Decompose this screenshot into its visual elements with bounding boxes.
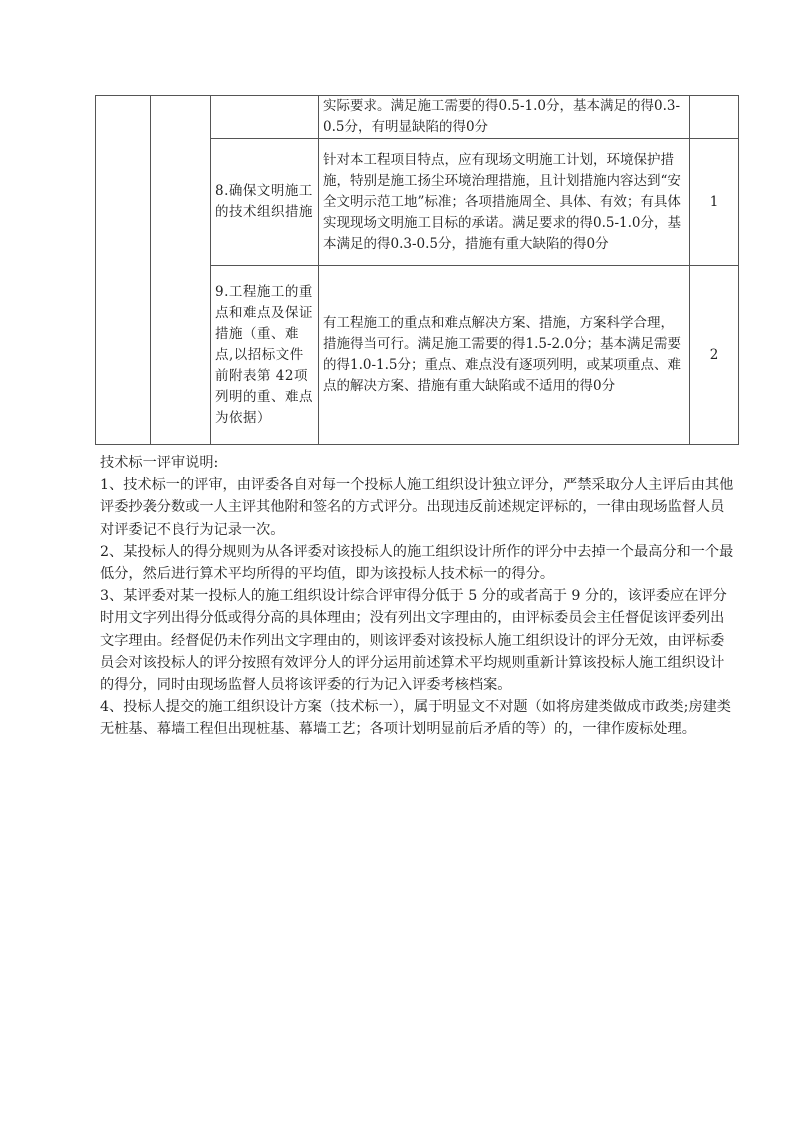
item-cell: 9.工程施工的重点和难点及保证措施（重、难点,以招标文件前附表第 42项列明的重…	[211, 266, 319, 445]
table-row: 实际要求。满足施工需要的得0.5-1.0分，基本满足的得0.3-0.5分，有明显…	[96, 96, 739, 139]
review-notes: 技术标一评审说明: 1、技术标一的评审，由评委各自对每一个投标人施工组织设计独立…	[100, 452, 736, 741]
score-cell	[690, 96, 739, 139]
score-cell: 2	[690, 266, 739, 445]
criteria-cell: 针对本工程项目特点，应有现场文明施工计划，环境保护措施，特别是施工扬尘环境治理措…	[319, 139, 690, 266]
note-item: 3、某评委对某一投标人的施工组织设计综合评审得分低于 5 分的或者高于 9 分的…	[100, 585, 736, 696]
score-cell: 1	[690, 139, 739, 266]
category-cell	[96, 96, 151, 445]
notes-title: 技术标一评审说明:	[100, 452, 736, 474]
note-item: 4、投标人提交的施工组织设计方案（技术标一），属于明显文不对题（如将房建类做成市…	[100, 696, 736, 740]
criteria-cell: 有工程施工的重点和难点解决方案、措施，方案科学合理，措施得当可行。满足施工需要的…	[319, 266, 690, 445]
note-item: 2、某投标人的得分规则为从各评委对该投标人的施工组织设计所作的评分中去掉一个最高…	[100, 541, 736, 585]
item-cell	[211, 96, 319, 139]
note-item: 1、技术标一的评审，由评委各自对每一个投标人施工组织设计独立评分，严禁采取分人主…	[100, 474, 736, 541]
criteria-cell: 实际要求。满足施工需要的得0.5-1.0分，基本满足的得0.3-0.5分，有明显…	[319, 96, 690, 139]
scoring-table: 实际要求。满足施工需要的得0.5-1.0分，基本满足的得0.3-0.5分，有明显…	[95, 95, 739, 445]
subcategory-cell	[151, 96, 211, 445]
item-cell: 8.确保文明施工的技术组织措施	[211, 139, 319, 266]
